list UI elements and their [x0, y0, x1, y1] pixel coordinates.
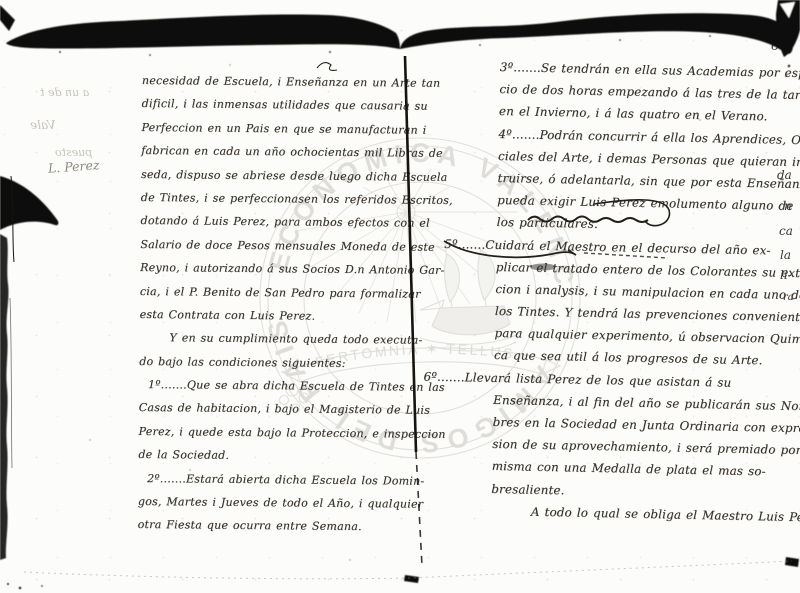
manuscript-line: A todo lo qual se obliga el Maestro Luis…	[531, 504, 791, 531]
manuscript-line: Vale	[30, 118, 56, 132]
manuscript-line: ca	[779, 224, 793, 238]
manuscript-line: de la Sociedad.	[138, 448, 418, 474]
manuscript-line: dotando á Luis Perez, para ambos efectos…	[140, 214, 420, 240]
right-page-text: 3º.......Se tendrán en ella sus Academia…	[491, 60, 800, 532]
manuscript-line: da	[777, 168, 792, 182]
manuscript-line: fabrican en cada un año ochocientas mil …	[141, 144, 421, 170]
manuscript-line: a un de t	[40, 86, 89, 99]
manuscript-scan: ECONOMICA VALENCIANA DE AMIGOS DEL PAIS …	[0, 0, 800, 593]
top-shadow-band-left	[6, 15, 400, 49]
manuscript-line: Y en su cumplimiento queda todo executa-	[169, 332, 419, 358]
left-page-text: necesidad de Escuela, i Enseñanza en un …	[138, 74, 422, 544]
manuscript-line: Reyno, i autorizando á sus Socios D.n An…	[140, 261, 420, 287]
manuscript-line: L. Perez	[48, 157, 100, 176]
top-shadow-band-right	[400, 13, 793, 54]
manuscript-line: 1º.......Que se abra dicha Escuela de Ti…	[148, 378, 419, 404]
manuscript-line: 2º.......Estará abierta dicha Escuela lo…	[147, 472, 418, 498]
bottom-right-blot	[785, 557, 799, 567]
manuscript-line: seda, dispuso se abriese desde luego dic…	[141, 168, 421, 194]
left-torn-edge	[0, 234, 8, 560]
manuscript-line: li-	[780, 268, 792, 282]
top-left-corner-mark	[0, 5, 15, 31]
manuscript-line: Casas de habitacion, i bajo el Magisteri…	[139, 401, 419, 427]
ink-fleck	[317, 63, 337, 71]
manuscript-line: do bajo las condiciones siguientes:	[139, 355, 419, 381]
bottom-spine-blot	[404, 575, 419, 583]
manuscript-line: Salario de doce Pesos mensuales Moneda d…	[140, 238, 420, 264]
manuscript-line: necesidad de Escuela, i Enseñanza en un …	[142, 74, 422, 100]
manuscript-line: otra Fiesta que ocurra entre Semana.	[138, 518, 418, 544]
manuscript-line: dificil, i las inmensas utilidades que c…	[142, 97, 422, 123]
manuscript-line: de Tintes, i se perfeccionasen los refer…	[141, 191, 421, 217]
manuscript-line: Perez, i quede esta bajo la Proteccion, …	[138, 425, 418, 451]
manuscript-line: Perfeccion en un Pais en que se manufact…	[141, 121, 421, 147]
folio-number: 6	[770, 38, 781, 54]
manuscript-line: la	[780, 248, 791, 262]
left-margin-scratch	[11, 176, 14, 262]
manuscript-line: gos, Martes i Jueves de todo el Año, i q…	[138, 495, 418, 521]
left-ink-blob	[0, 176, 58, 230]
manuscript-line: esta Contrata con Luis Perez.	[140, 308, 420, 334]
bottom-page-edge	[24, 561, 792, 579]
manuscript-line: n	[784, 199, 792, 213]
top-right-corner-mark	[776, 0, 800, 57]
manuscript-line: ra	[783, 292, 794, 303]
manuscript-line: cia, i el P. Benito de San Pedro para fo…	[140, 285, 420, 311]
